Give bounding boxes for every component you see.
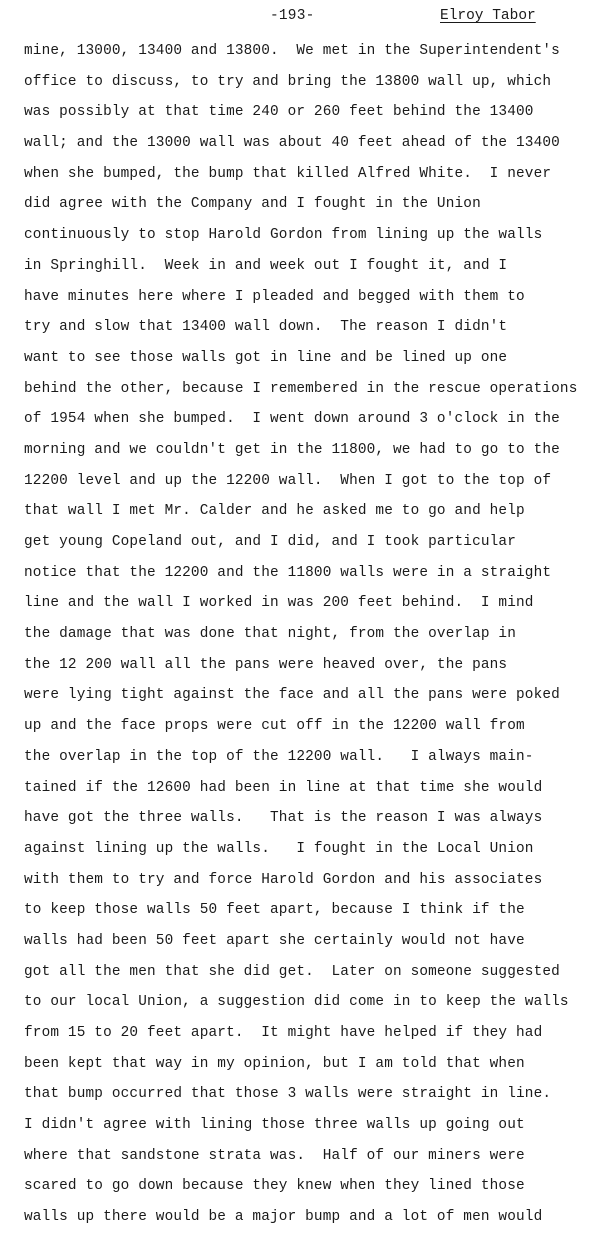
transcript-line: walls up there would be a major bump and…: [24, 1202, 610, 1233]
transcript-line: continuously to stop Harold Gordon from …: [24, 220, 610, 251]
transcript-line: been kept that way in my opinion, but I …: [24, 1049, 610, 1080]
transcript-line: did agree with the Company and I fought …: [24, 189, 610, 220]
transcript-line: got all the men that she did get. Later …: [24, 957, 610, 988]
page-number: -193-: [270, 8, 315, 24]
transcript-line: the damage that was done that night, fro…: [24, 619, 610, 650]
transcript-line: walls had been 50 feet apart she certain…: [24, 926, 610, 957]
transcript-line: from 15 to 20 feet apart. It might have …: [24, 1018, 610, 1049]
speaker-name: Elroy Tabor: [440, 8, 536, 24]
transcript-line: that wall I met Mr. Calder and he asked …: [24, 496, 610, 527]
transcript-line: to keep those walls 50 feet apart, becau…: [24, 895, 610, 926]
transcript-line: when she bumped, the bump that killed Al…: [24, 159, 610, 190]
transcript-line: mine, 13000, 13400 and 13800. We met in …: [24, 36, 610, 67]
transcript-line: want to see those walls got in line and …: [24, 343, 610, 374]
transcript-line: were lying tight against the face and al…: [24, 680, 610, 711]
transcript-line: get young Copeland out, and I did, and I…: [24, 527, 610, 558]
transcript-line: to our local Union, a suggestion did com…: [24, 987, 610, 1018]
transcript-line: where that sandstone strata was. Half of…: [24, 1141, 610, 1172]
transcript-line: the 12 200 wall all the pans were heaved…: [24, 650, 610, 681]
transcript-line: of 1954 when she bumped. I went down aro…: [24, 404, 610, 435]
transcript-line: try and slow that 13400 wall down. The r…: [24, 312, 610, 343]
page-header: -193- Elroy Tabor: [0, 6, 610, 28]
transcript-line: behind the other, because I remembered i…: [24, 374, 610, 405]
transcript-line: morning and we couldn't get in the 11800…: [24, 435, 610, 466]
transcript-line: against lining up the walls. I fought in…: [24, 834, 610, 865]
transcript-line: have minutes here where I pleaded and be…: [24, 282, 610, 313]
transcript-line: notice that the 12200 and the 11800 wall…: [24, 558, 610, 589]
transcript-line: with them to try and force Harold Gordon…: [24, 865, 610, 896]
transcript-line: line and the wall I worked in was 200 fe…: [24, 588, 610, 619]
transcript-line: the overlap in the top of the 12200 wall…: [24, 742, 610, 773]
transcript-body: mine, 13000, 13400 and 13800. We met in …: [24, 36, 610, 1233]
transcript-line: tained if the 12600 had been in line at …: [24, 773, 610, 804]
transcript-line: up and the face props were cut off in th…: [24, 711, 610, 742]
transcript-line: I didn't agree with lining those three w…: [24, 1110, 610, 1141]
transcript-line: scared to go down because they knew when…: [24, 1171, 610, 1202]
document-page: -193- Elroy Tabor mine, 13000, 13400 and…: [0, 0, 610, 1238]
transcript-line: office to discuss, to try and bring the …: [24, 67, 610, 98]
transcript-line: in Springhill. Week in and week out I fo…: [24, 251, 610, 282]
transcript-line: wall; and the 13000 wall was about 40 fe…: [24, 128, 610, 159]
transcript-line: that bump occurred that those 3 walls we…: [24, 1079, 610, 1110]
transcript-line: was possibly at that time 240 or 260 fee…: [24, 97, 610, 128]
transcript-line: 12200 level and up the 12200 wall. When …: [24, 466, 610, 497]
transcript-line: have got the three walls. That is the re…: [24, 803, 610, 834]
